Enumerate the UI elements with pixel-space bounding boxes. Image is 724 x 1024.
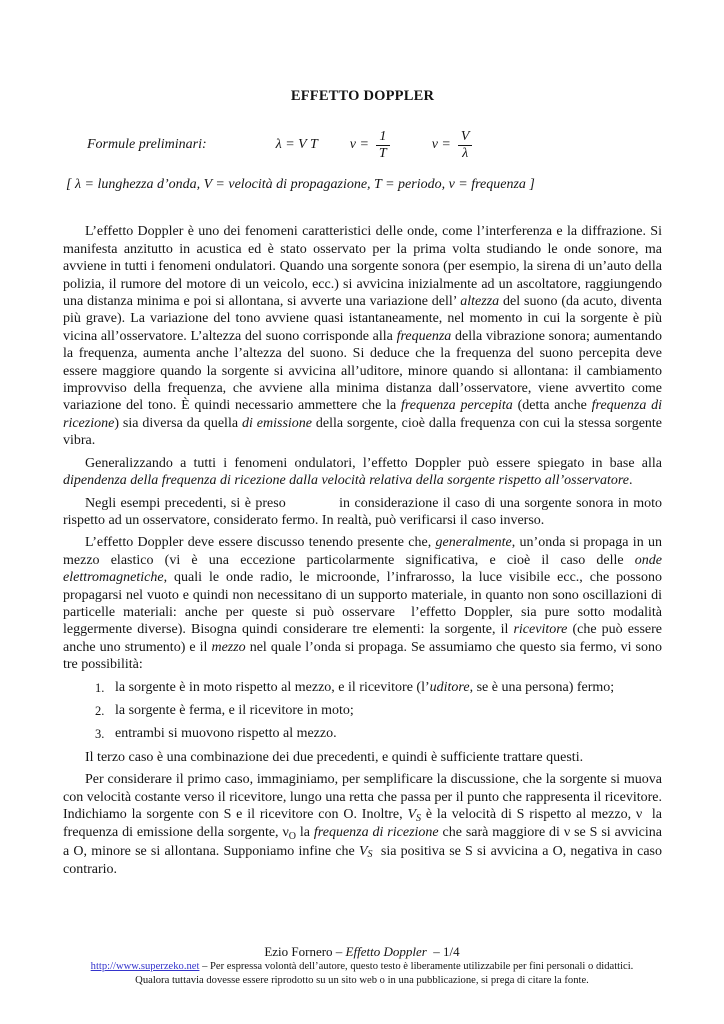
superzeko-link[interactable]: http://www.superzeko.net (91, 961, 200, 972)
document-page: EFFETTO DOPPLER Formule preliminari: λ =… (0, 0, 724, 1024)
footer-source-line: Qualora tuttavia dovesse essere riprodot… (0, 974, 724, 987)
list-item-text: la sorgente è ferma, e il ricevitore in … (115, 703, 354, 718)
fraction-one-over-T: 1 T (376, 129, 390, 162)
formula-wavelength-text: λ = V T (276, 136, 318, 153)
fraction-denominator: T (376, 145, 390, 162)
page-footer: Ezio Fornero – Effetto Doppler – 1/4 htt… (0, 944, 724, 987)
paragraph-medium-discussion: L’effetto Doppler deve essere discusso t… (63, 534, 662, 673)
formula-frequency-wavelength: ν = V λ (432, 129, 473, 162)
list-number: 2. (95, 703, 104, 720)
formula-frequency-period-lhs: ν = (350, 136, 369, 153)
formula-wavelength: λ = V T (276, 136, 318, 153)
formula-frequency-period: ν = 1 T (350, 129, 390, 162)
paragraph-previous-examples: Negli esempi precedenti, si è preso in c… (63, 495, 662, 530)
list-number: 3. (95, 726, 104, 743)
fraction-denominator: λ (458, 145, 473, 162)
fraction-V-over-lambda: V λ (458, 129, 473, 162)
formula-label: Formule preliminari: (87, 136, 207, 153)
list-item-case-3: 3. entrambi si muovono rispetto al mezzo… (115, 725, 662, 742)
preliminary-formulas: Formule preliminari: λ = V T ν = 1 T ν =… (63, 121, 662, 169)
list-item-case-2: 2. la sorgente è ferma, e il ricevitore … (115, 702, 662, 719)
paragraph-generalization: Generalizzando a tutti i fenomeni ondula… (63, 455, 662, 490)
document-title: EFFETTO DOPPLER (63, 88, 662, 105)
fraction-numerator: 1 (376, 129, 390, 145)
fraction-numerator: V (458, 129, 473, 145)
formula-legend: [ λ = lunghezza d’onda, V = velocità di … (66, 176, 662, 193)
list-item-text: entrambi si muovono rispetto al mezzo. (115, 726, 337, 741)
cases-list: 1. la sorgente è in moto rispetto al mez… (63, 679, 662, 743)
paragraph-doppler-intro: L’effetto Doppler è uno dei fenomeni car… (63, 223, 662, 449)
list-item-text: la sorgente è in moto rispetto al mezzo,… (115, 680, 614, 695)
paragraph-first-case-setup: Per considerare il primo caso, immaginia… (63, 771, 662, 878)
list-number: 1. (95, 680, 104, 697)
formula-frequency-wavelength-lhs: ν = (432, 136, 451, 153)
footer-license-line: http://www.superzeko.net – Per espressa … (0, 960, 724, 973)
footer-author-line: Ezio Fornero – Effetto Doppler – 1/4 (0, 944, 724, 960)
list-item-case-1: 1. la sorgente è in moto rispetto al mez… (115, 679, 662, 696)
paragraph-third-case: Il terzo caso è una combinazione dei due… (63, 749, 662, 766)
